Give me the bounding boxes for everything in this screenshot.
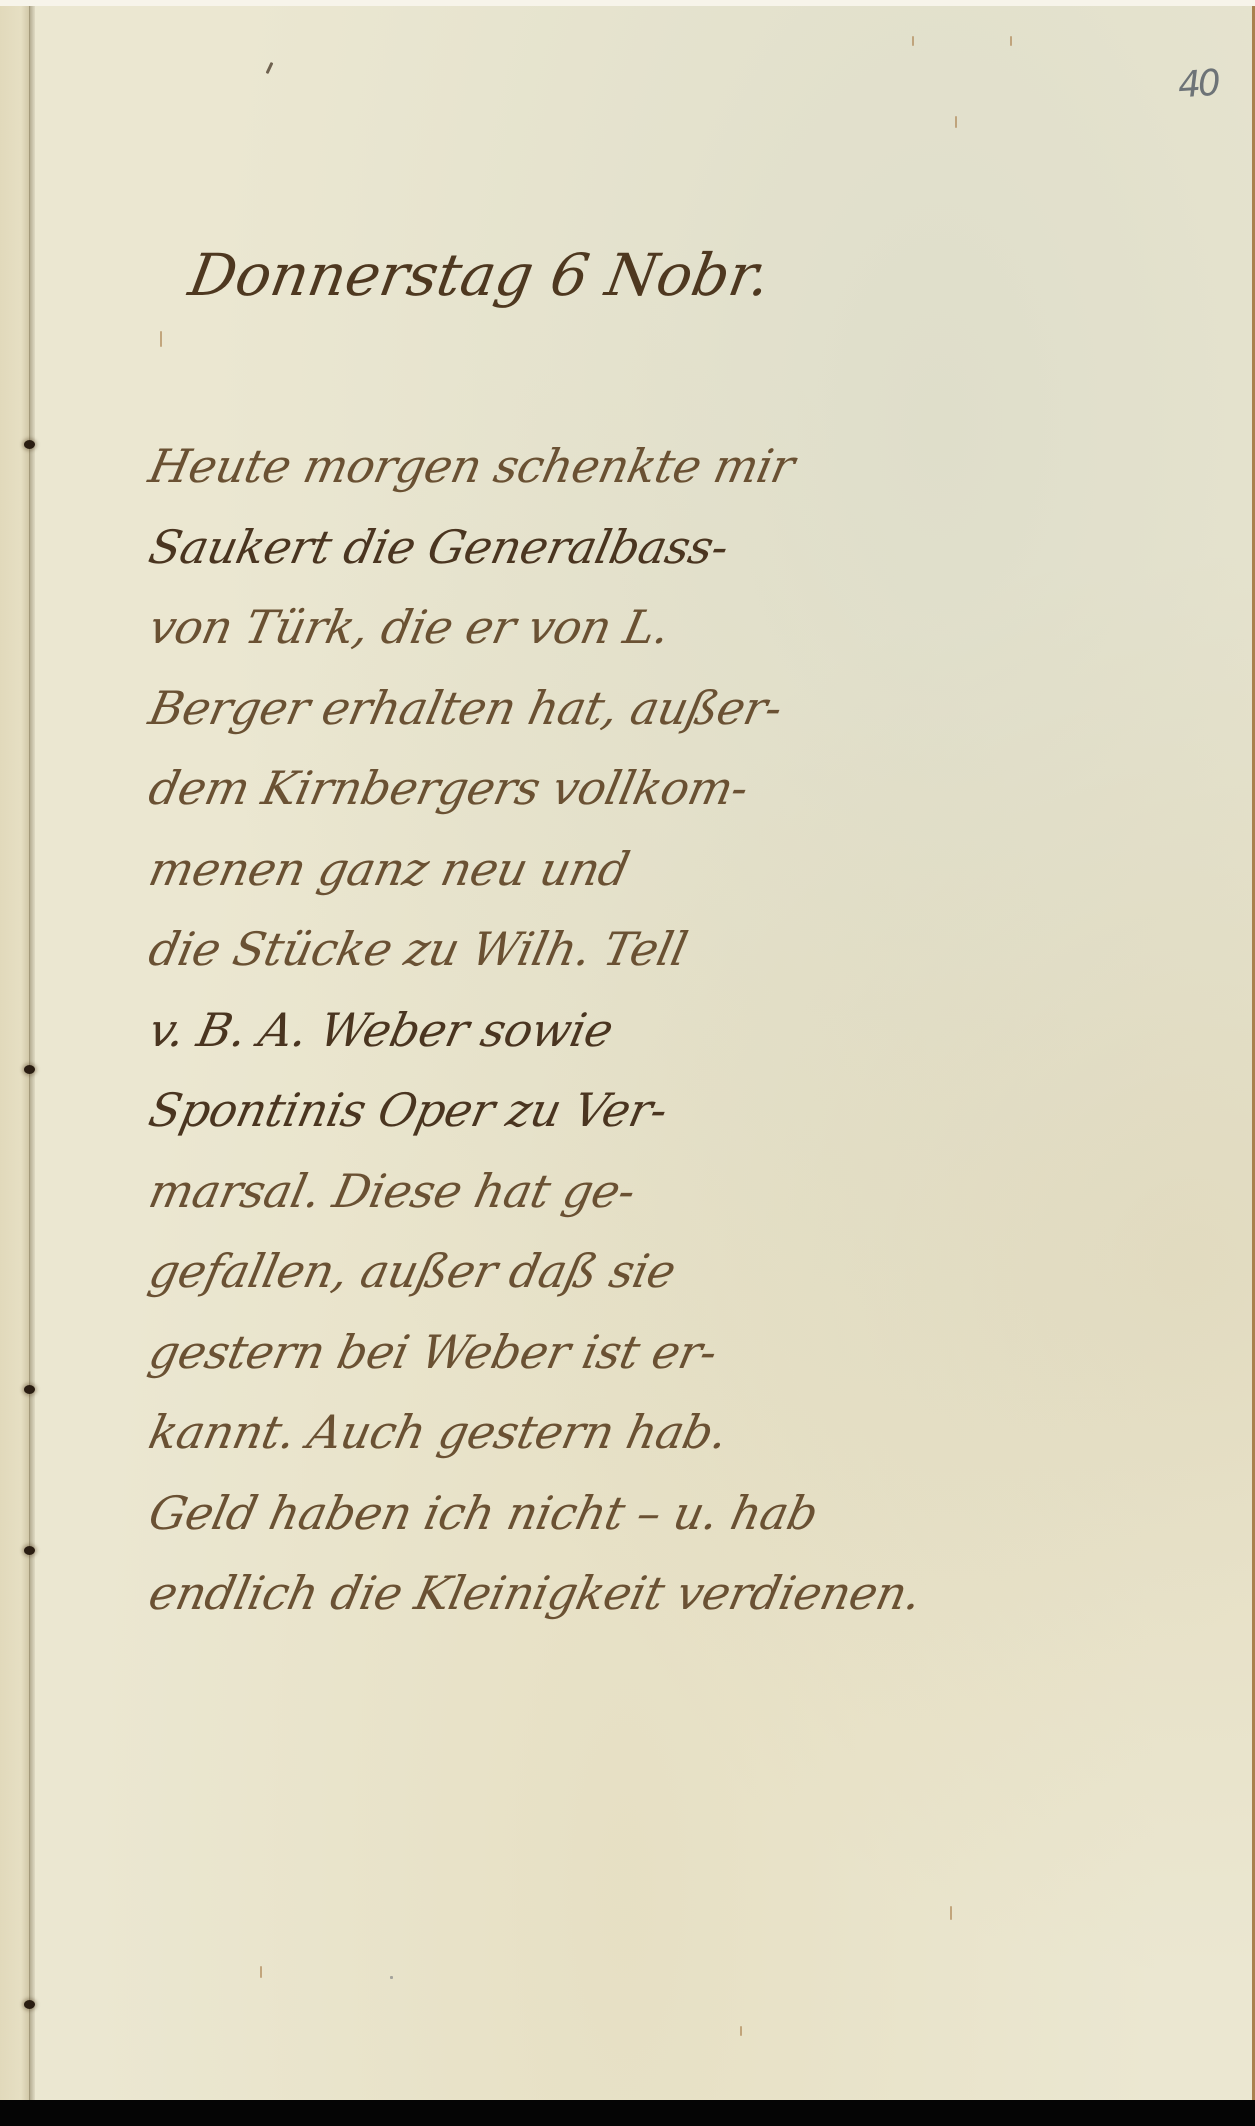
paper-fiber	[1010, 36, 1012, 46]
handwritten-line: endlich die Kleinigkeit verdienen.	[141, 1553, 978, 1634]
binding-hole-icon	[24, 2000, 35, 2009]
binding-hole-icon	[24, 440, 35, 449]
paper-fiber	[912, 36, 914, 46]
binding-hole-icon	[24, 1385, 35, 1394]
gutter-fold-shadow	[29, 6, 35, 2100]
handwritten-line: gestern bei Weber ist er-	[141, 1312, 978, 1393]
paper-fiber	[740, 2026, 742, 2036]
handwritten-line: die Stücke zu Wilh. Tell	[141, 909, 978, 990]
diary-entry-heading: Donnerstag 6 Nobr.	[185, 246, 775, 304]
ink-speck	[266, 62, 274, 74]
binding-hole-icon	[24, 1065, 35, 1074]
paper-fiber	[955, 116, 957, 128]
handwritten-line: kannt. Auch gestern hab.	[141, 1392, 978, 1473]
handwritten-line: gefallen, außer daß sie	[141, 1231, 978, 1312]
scan-background	[0, 2100, 1255, 2126]
binding-gutter	[0, 6, 30, 2100]
paper-fiber	[160, 331, 162, 347]
handwritten-line: Geld haben ich nicht – u. hab	[141, 1473, 978, 1554]
paper-fiber	[950, 1906, 952, 1920]
paper-fiber	[260, 1966, 262, 1978]
handwritten-line: menen ganz neu und	[141, 829, 978, 910]
handwritten-line: von Türk, die er von L.	[141, 587, 978, 668]
handwritten-line: dem Kirnbergers vollkom-	[141, 748, 978, 829]
paper-speck	[390, 1976, 393, 1979]
handwritten-line: marsal. Diese hat ge-	[141, 1151, 978, 1232]
handwritten-line: Saukert die Generalbass-	[141, 507, 978, 588]
handwritten-line: Spontinis Oper zu Ver-	[141, 1070, 978, 1151]
handwritten-line: Heute morgen schenkte mir	[141, 426, 978, 507]
page-number: 40	[1177, 63, 1220, 107]
diary-entry-body: Heute morgen schenkte mir Saukert die Ge…	[150, 426, 970, 1634]
manuscript-page: 40 Donnerstag 6 Nobr. Heute morgen schen…	[0, 6, 1255, 2100]
handwritten-line: v. B. A. Weber sowie	[141, 990, 978, 1071]
handwritten-line: Berger erhalten hat, außer-	[141, 668, 978, 749]
binding-hole-icon	[24, 1546, 35, 1555]
